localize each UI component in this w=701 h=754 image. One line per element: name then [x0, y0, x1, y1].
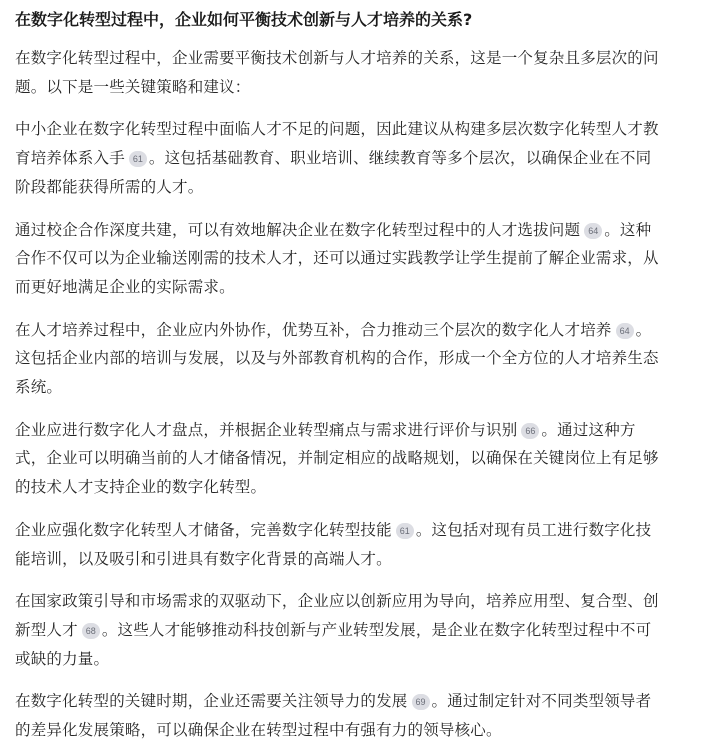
answer-paragraph: 企业应强化数字化转型人才储备，完善数字化转型技能61。这包括对现有员工进行数字化… — [15, 516, 661, 573]
paragraph-text: 企业应强化数字化转型人才储备，完善数字化转型技能 — [15, 521, 392, 539]
citation-badge[interactable]: 66 — [521, 423, 539, 439]
answer-paragraph: 在国家政策引导和市场需求的双驱动下，企业应以创新应用为导向，培养应用型、复合型、… — [15, 587, 661, 673]
answer-content: 在数字化转型过程中，企业如何平衡技术创新与人才培养的关系? 在数字化转型过程中，… — [0, 0, 701, 745]
citation-badge[interactable]: 61 — [396, 523, 414, 539]
paragraph-text: 企业应进行数字化人才盘点，并根据企业转型痛点与需求进行评价与识别 — [15, 421, 517, 439]
answer-paragraph: 在数字化转型的关键时期，企业还需要关注领导力的发展69。通过制定针对不同类型领导… — [15, 687, 661, 744]
citation-badge[interactable]: 64 — [616, 323, 634, 339]
paragraph-text: 。这些人才能够推动科技创新与产业转型发展，是企业在数字化转型过程中不可或缺的力量… — [15, 621, 651, 668]
citation-badge[interactable]: 68 — [82, 623, 100, 639]
answer-paragraph: 企业应进行数字化人才盘点，并根据企业转型痛点与需求进行评价与识别66。通过这种方… — [15, 416, 661, 502]
answer-paragraph: 中小企业在数字化转型过程中面临人才不足的问题，因此建议从构建多层次数字化转型人才… — [15, 115, 661, 201]
citation-badge[interactable]: 61 — [129, 151, 147, 167]
question-title: 在数字化转型过程中，企业如何平衡技术创新与人才培养的关系? — [15, 8, 661, 32]
answer-paragraph: 在人才培养过程中，企业应内外协作，优势互补，合力推动三个层次的数字化人才培养64… — [15, 316, 661, 402]
answer-paragraph: 通过校企合作深度共建，可以有效地解决企业在数字化转型过程中的人才选拔问题64。这… — [15, 216, 661, 302]
answer-intro: 在数字化转型过程中，企业需要平衡技术创新与人才培养的关系，这是一个复杂且多层次的… — [15, 44, 661, 101]
paragraph-text: 在数字化转型的关键时期，企业还需要关注领导力的发展 — [15, 692, 408, 710]
citation-badge[interactable]: 69 — [412, 694, 430, 710]
paragraph-text: 在人才培养过程中，企业应内外协作，优势互补，合力推动三个层次的数字化人才培养 — [15, 321, 612, 339]
paragraph-text: 通过校企合作深度共建，可以有效地解决企业在数字化转型过程中的人才选拔问题 — [15, 221, 580, 239]
citation-badge[interactable]: 64 — [584, 223, 602, 239]
